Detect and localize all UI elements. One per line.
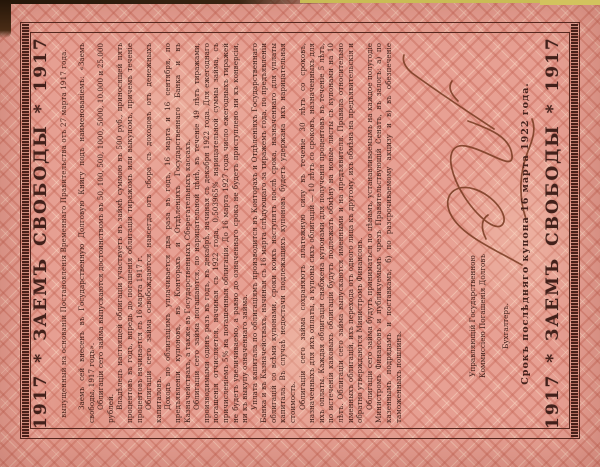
paragraph-loan-name: Заемъ сей внесенъ въ Государственную Дол… [77, 43, 96, 423]
accountant-label: Бухгалтеръ. [501, 303, 510, 349]
paragraph-tax-exemption: Облигаціи сего займа освобождаются навсе… [144, 43, 163, 423]
border-bottom [571, 24, 578, 437]
paragraph-validity: Облигаціи сего займа сохраняютъ платежну… [298, 43, 365, 423]
photo-edge-dark-corner [0, 0, 11, 38]
coupon-deadline-line: Срокъ послѣдняго купона 16 марта 1922 го… [520, 40, 531, 427]
photo-edge-olive-corner [540, 0, 600, 5]
bond-terms-text: Заемъ сей внесенъ въ Государственную Дол… [77, 43, 403, 423]
photo-of-bond: 1917 * ЗАЕМЪ СВОБОДЫ * 1917 выпущенный н… [0, 0, 600, 467]
title-band-top: 1917 * ЗАЕМЪ СВОБОДЫ * 1917 [31, 38, 51, 429]
bond-paper: 1917 * ЗАЕМЪ СВОБОДЫ * 1917 выпущенный н… [0, 0, 600, 467]
issue-decree-line: выпущенный на основаніи Постановленія Вр… [60, 40, 68, 427]
title-band-bottom: 1917 * ЗАЕМЪ СВОБОДЫ * 1917 [543, 38, 563, 429]
paragraph-income-payment: Доходъ по облигаціямъ уплачивается два р… [163, 43, 192, 423]
paragraph-denominations: Облигаціи сего займа выпускаются достоин… [96, 43, 115, 423]
paragraph-holder-terms: Владѣлецъ настоящей облигаціи участвуетъ… [115, 43, 144, 423]
border-top [22, 24, 29, 437]
paragraph-capital-payment: Уплата капитала по облигаціямъ производи… [250, 43, 298, 423]
photo-edge-dark-strip [0, 0, 340, 4]
paragraph-redemption: Облигаціи сего займа погашаются, по нари… [192, 43, 250, 423]
